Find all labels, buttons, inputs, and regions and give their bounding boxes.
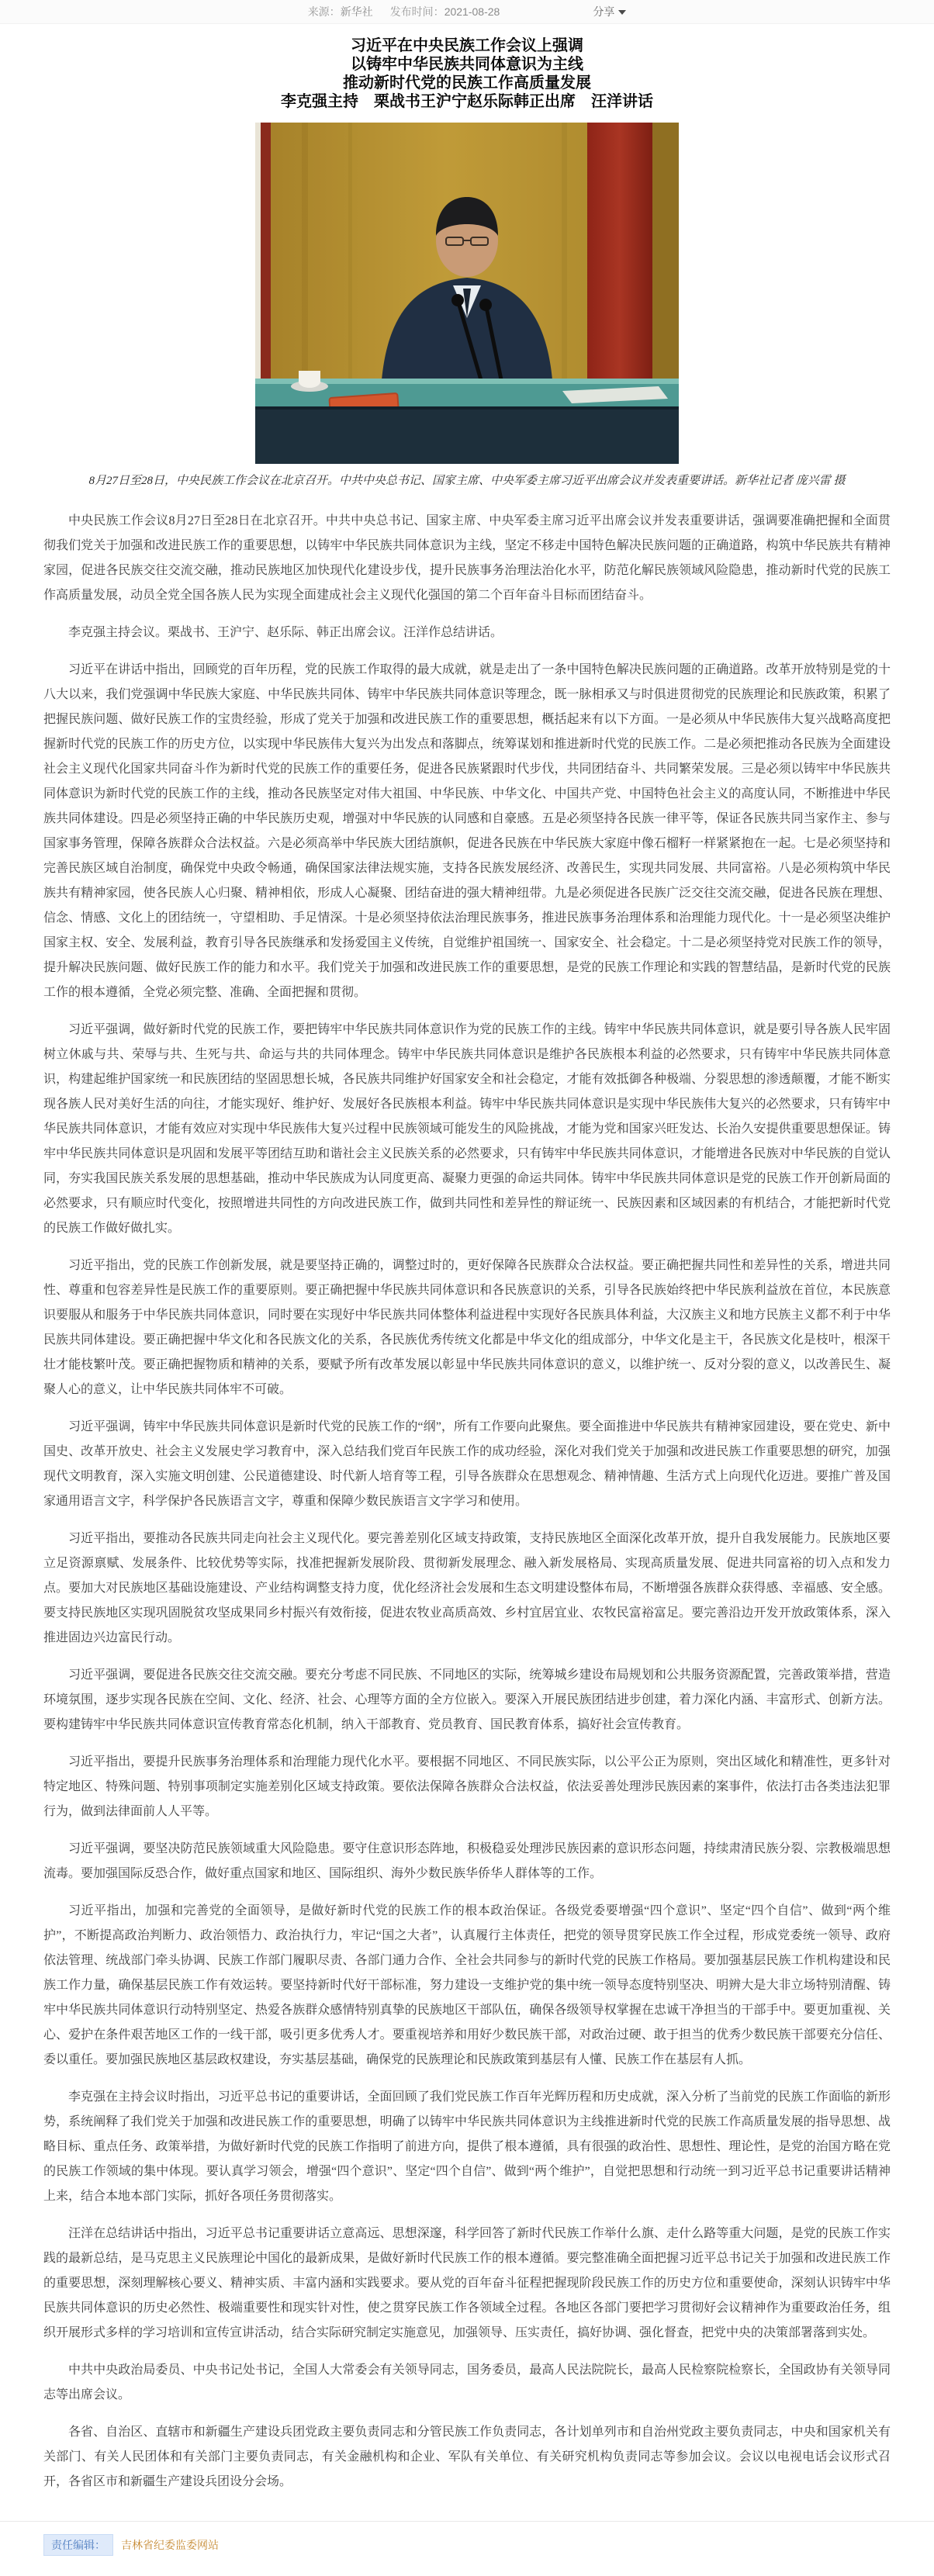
article-paragraph: 习近平指出，要提升民族事务治理体系和治理能力现代化水平。要根据不同地区、不同民族… — [43, 1750, 891, 1824]
article-paragraph: 习近平强调，铸牢中华民族共同体意识是新时代党的民族工作的“纲”，所有工作要向此聚… — [43, 1415, 891, 1514]
article-paragraph: 习近平指出，党的民族工作创新发展，就是要坚持正确的，调整过时的，更好保障各民族群… — [43, 1253, 891, 1402]
article-paragraph: 各省、自治区、直辖市和新疆生产建设兵团党政主要负责同志和分管民族工作负责同志，各… — [43, 2420, 891, 2495]
source-field: 来源：新华社 — [308, 4, 373, 19]
editor-label-badge: 责任编辑： — [43, 2534, 113, 2556]
title-line-1: 习近平在中央民族工作会议上强调 — [43, 36, 891, 55]
conference-photo-illustration: 习近平 — [255, 123, 679, 464]
title-line-4: 李克强主持 栗战书王沪宁赵乐际韩正出席 汪洋讲话 — [43, 92, 891, 111]
article-paragraph: 中共中央政治局委员、中央书记处书记，全国人大常委会有关领导同志，国务委员，最高人… — [43, 2358, 891, 2408]
publish-time-label: 发布时间： — [390, 5, 445, 18]
article-paragraph: 李克强在主持会议时指出，习近平总书记的重要讲话，全面回顾了我们党民族工作百年光辉… — [43, 2085, 891, 2209]
article-paragraph: 习近平在讲话中指出，回顾党的百年历程，党的民族工作取得的最大成就，就是走出了一条… — [43, 658, 891, 1005]
source-value: 新华社 — [341, 5, 373, 18]
source-label: 来源： — [308, 5, 341, 18]
article-paragraph: 习近平强调，要坚决防范民族领域重大风险隐患。要守住意识形态阵地，积极稳妥处理涉民… — [43, 1837, 891, 1886]
footer: 责任编辑： 吉林省纪委监委网站 — [0, 2522, 934, 2576]
article-paragraph: 汪洋在总结讲话中指出，习近平总书记重要讲话立意高远、思想深邃，科学回答了新时代民… — [43, 2222, 891, 2346]
article-paragraph: 习近平强调，做好新时代党的民族工作，要把铸牢中华民族共同体意识作为党的民族工作的… — [43, 1018, 891, 1241]
share-label: 分享 — [593, 4, 614, 19]
publish-time-value: 2021-08-28 — [445, 5, 500, 18]
article-meta-bar: 来源：新华社 发布时间：2021-08-28 分享 — [0, 0, 934, 24]
photo-caption: 8月27日至28日，中央民族工作会议在北京召开。中共中央总书记、国家主席、中央军… — [31, 472, 903, 490]
publish-time-field: 发布时间：2021-08-28 — [390, 4, 500, 19]
title-line-2: 以铸牢中华民族共同体意识为主线 — [43, 55, 891, 74]
article-paragraph: 习近平指出，要推动各民族共同走向社会主义现代化。要完善差别化区域支持政策，支持民… — [43, 1527, 891, 1651]
article-paragraph: 李克强主持会议。栗战书、王沪宁、赵乐际、韩正出席会议。汪洋作总结讲话。 — [43, 621, 891, 645]
title-line-3: 推动新时代党的民族工作高质量发展 — [43, 74, 891, 92]
article-body: 中央民族工作会议8月27日至28日在北京召开。中共中央总书记、国家主席、中央军委… — [43, 509, 891, 2495]
paragraphs-container: 中央民族工作会议8月27日至28日在北京召开。中共中央总书记、国家主席、中央军委… — [43, 509, 891, 2495]
article-photo: 习近平 — [255, 123, 679, 464]
article-paragraph: 中央民族工作会议8月27日至28日在北京召开。中共中央总书记、国家主席、中央军委… — [43, 509, 891, 608]
share-button[interactable]: 分享 — [593, 4, 626, 19]
article-paragraph: 习近平指出，加强和完善党的全面领导，是做好新时代党的民族工作的根本政治保证。各级… — [43, 1899, 891, 2073]
article-title: 习近平在中央民族工作会议上强调 以铸牢中华民族共同体意识为主线 推动新时代党的民… — [43, 36, 891, 111]
article-paragraph: 习近平强调，要促进各民族交往交流交融。要充分考虑不同民族、不同地区的实际，统筹城… — [43, 1663, 891, 1738]
chevron-down-icon — [618, 10, 626, 15]
editor-value: 吉林省纪委监委网站 — [121, 2537, 219, 2553]
